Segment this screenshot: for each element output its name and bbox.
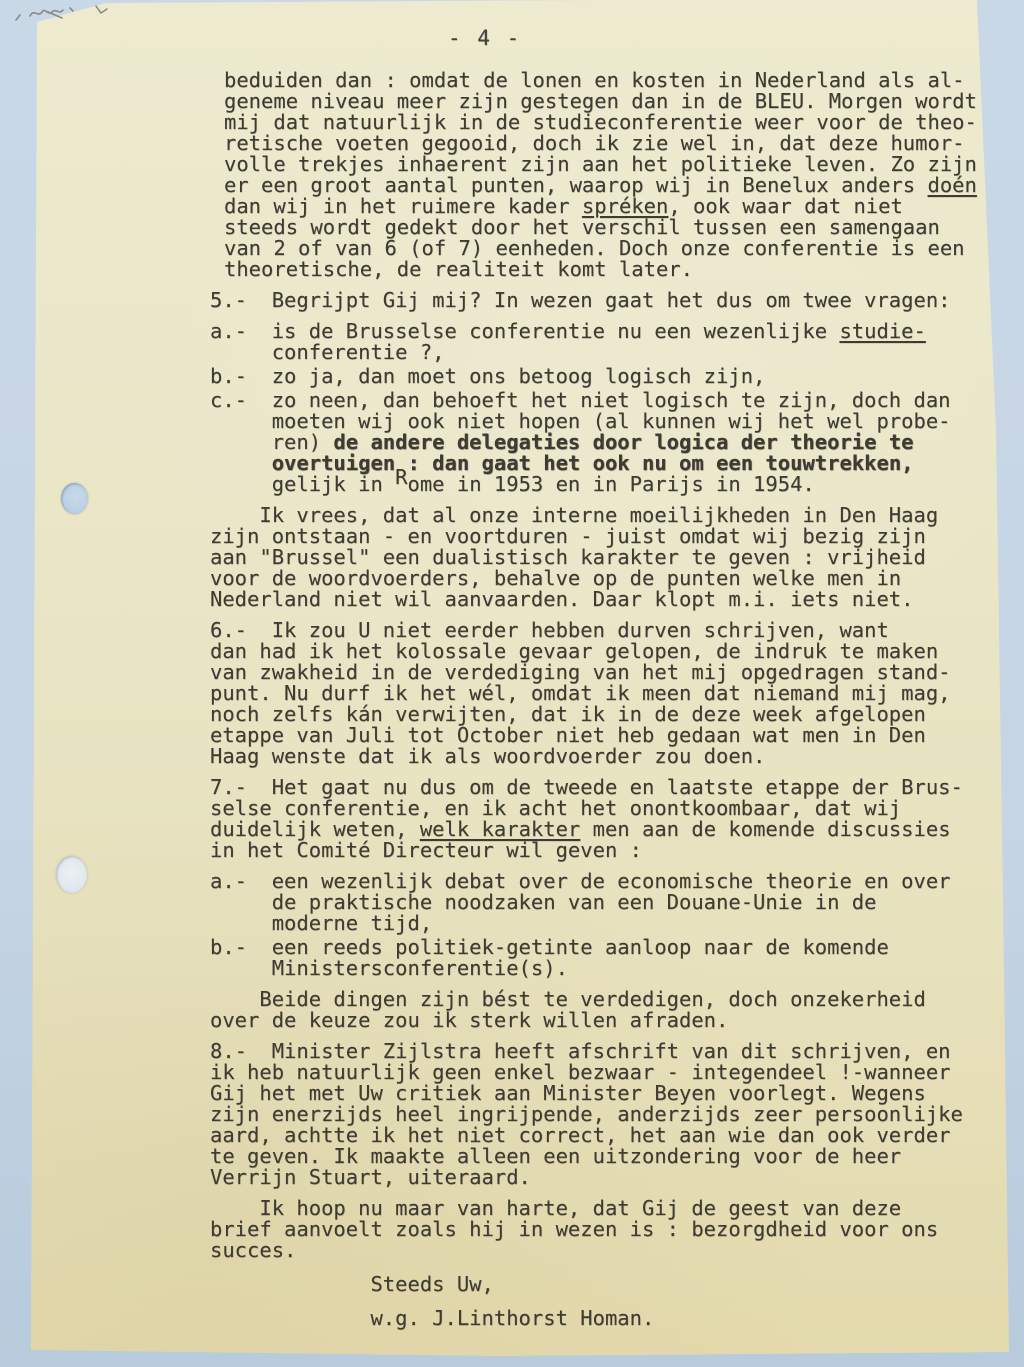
text-line: 7.- Het gaat nu dus om de tweede en laat… xyxy=(210,777,990,798)
text-line: duidelijk weten, welk karakter men aan d… xyxy=(210,819,990,840)
text-line: Verrijn Stuart, uiteraard. xyxy=(210,1167,990,1188)
item-5-sub-c: c.- zo neen, dan behoeft het niet logisc… xyxy=(210,390,990,495)
text-line: c.- zo neen, dan behoeft het niet logisc… xyxy=(210,390,990,411)
text-line: Gij het met Uw critiek aan Minister Beye… xyxy=(210,1083,990,1104)
paragraph-ik-vrees: Ik vrees, dat al onze interne moeilijkhe… xyxy=(210,505,990,610)
document-body: beduiden dan : omdat de lonen en kosten … xyxy=(210,70,990,1329)
text-line: Beide dingen zijn bést te verdedigen, do… xyxy=(210,989,990,1010)
paragraph-beide: Beide dingen zijn bést te verdedigen, do… xyxy=(210,989,990,1031)
text-line: b.- een reeds politiek-getinte aanloop n… xyxy=(210,937,990,958)
text-line: van 2 of van 6 (of 7) eenheden. Doch onz… xyxy=(224,238,990,259)
pencil-scribble xyxy=(8,0,158,30)
text-line: theoretische, de realiteit komt later. xyxy=(224,259,990,280)
text-line: punt. Nu durf ik het wél, omdat ik meen … xyxy=(210,683,990,704)
text-line: succes. xyxy=(210,1240,990,1261)
text-line: over de keuze zou ik sterk willen afrade… xyxy=(210,1010,990,1031)
item-5-sub-a: a.- is de Brusselse conferentie nu een w… xyxy=(210,321,990,363)
text-line: a.- een wezenlijk debat over de economis… xyxy=(210,871,990,892)
item-7-sub-b: b.- een reeds politiek-getinte aanloop n… xyxy=(210,937,990,979)
text-line: de praktische noodzaken van een Douane-U… xyxy=(210,892,990,913)
text-line: ik heb natuurlijk geen enkel bezwaar - i… xyxy=(210,1062,990,1083)
paragraph-continued: beduiden dan : omdat de lonen en kosten … xyxy=(210,70,990,280)
text-line: 5.- Begrijpt Gij mij? In wezen gaat het … xyxy=(210,290,990,311)
text-line: etappe van Juli tot October niet heb ged… xyxy=(210,725,990,746)
text-line: Nederland niet wil aanvaarden. Daar klop… xyxy=(210,589,990,610)
closing-signature: w.g. J.Linthorst Homan. xyxy=(210,1308,990,1329)
item-8: 8.- Minister Zijlstra heeft afschrift va… xyxy=(210,1041,990,1188)
text-line: Steeds Uw, xyxy=(210,1274,990,1295)
text-line: dan had ik het kolossale gevaar gelopen,… xyxy=(210,641,990,662)
closing-salutation: Steeds Uw, xyxy=(210,1274,990,1295)
text-line: voor de woordvoerders, behalve op de pun… xyxy=(210,568,990,589)
text-line: gelijk in Rome in 1953 en in Parijs in 1… xyxy=(210,474,990,495)
text-line: Ik vrees, dat al onze interne moeilijkhe… xyxy=(210,505,990,526)
text-line: zijn ontstaan - en voortduren - juist om… xyxy=(210,526,990,547)
page-number: - 4 - xyxy=(448,26,521,50)
item-5: 5.- Begrijpt Gij mij? In wezen gaat het … xyxy=(210,290,990,311)
text-line: noch zelfs kán verwijten, dat ik in de d… xyxy=(210,704,990,725)
text-line: conferentie ?, xyxy=(210,342,990,363)
text-line: selse conferentie, en ik acht het onontk… xyxy=(210,798,990,819)
text-line: brief aanvoelt zoals hij in wezen is : b… xyxy=(210,1219,990,1240)
text-line: ren) de andere delegaties door logica de… xyxy=(210,432,990,453)
text-line: a.- is de Brusselse conferentie nu een w… xyxy=(210,321,990,342)
text-line: er een groot aantal punten, waarop wij i… xyxy=(224,175,990,196)
text-line: Ministersconferentie(s). xyxy=(210,958,990,979)
text-line: moeten wij ook niet hopen (al kunnen wij… xyxy=(210,411,990,432)
text-line: dan wij in het ruimere kader spréken, oo… xyxy=(224,196,990,217)
text-line: 8.- Minister Zijlstra heeft afschrift va… xyxy=(210,1041,990,1062)
item-5-sub-b: b.- zo ja, dan moet ons betoog logisch z… xyxy=(210,366,990,387)
text-line: zijn enerzijds heel ingrijpende, anderzi… xyxy=(210,1104,990,1125)
text-line: Haag wenste dat ik als woordvoerder zou … xyxy=(210,746,990,767)
text-line: volle trekjes inhaerent zijn aan het pol… xyxy=(224,154,990,175)
item-7-sub-a: a.- een wezenlijk debat over de economis… xyxy=(210,871,990,934)
text-line: overtuigen : dan gaat het ook nu om een … xyxy=(210,453,990,474)
text-line: aan "Brussel" een dualistisch karakter t… xyxy=(210,547,990,568)
text-line: mij dat natuurlijk in de studieconferent… xyxy=(224,112,990,133)
text-line: steeds wordt gedekt door het verschil tu… xyxy=(224,217,990,238)
text-line: moderne tijd, xyxy=(210,913,990,934)
text-line: in het Comité Directeur wil geven : xyxy=(210,840,990,861)
scanned-letter-page: { "document": { "page_number": "- 4 -", … xyxy=(0,0,1024,1367)
text-line: 6.- Ik zou U niet eerder hebben durven s… xyxy=(210,620,990,641)
item-6: 6.- Ik zou U niet eerder hebben durven s… xyxy=(210,620,990,767)
text-line: te geven. Ik maakte alleen een uitzonder… xyxy=(210,1146,990,1167)
text-line: b.- zo ja, dan moet ons betoog logisch z… xyxy=(210,366,990,387)
text-line: Ik hoop nu maar van harte, dat Gij de ge… xyxy=(210,1198,990,1219)
item-7: 7.- Het gaat nu dus om de tweede en laat… xyxy=(210,777,990,861)
text-line: retische voeten gegooid, doch ik zie wel… xyxy=(224,133,990,154)
punch-hole-top xyxy=(61,483,88,514)
text-line: beduiden dan : omdat de lonen en kosten … xyxy=(224,70,990,91)
text-line: van zwakheid in de verdediging van het m… xyxy=(210,662,990,683)
text-line: aard, achtte ik het niet correct, het aa… xyxy=(210,1125,990,1146)
paragraph-ik-hoop: Ik hoop nu maar van harte, dat Gij de ge… xyxy=(210,1198,990,1261)
text-line: w.g. J.Linthorst Homan. xyxy=(210,1308,990,1329)
punch-hole-bottom xyxy=(56,856,87,893)
text-line: geneme niveau meer zijn gestegen dan in … xyxy=(224,91,990,112)
